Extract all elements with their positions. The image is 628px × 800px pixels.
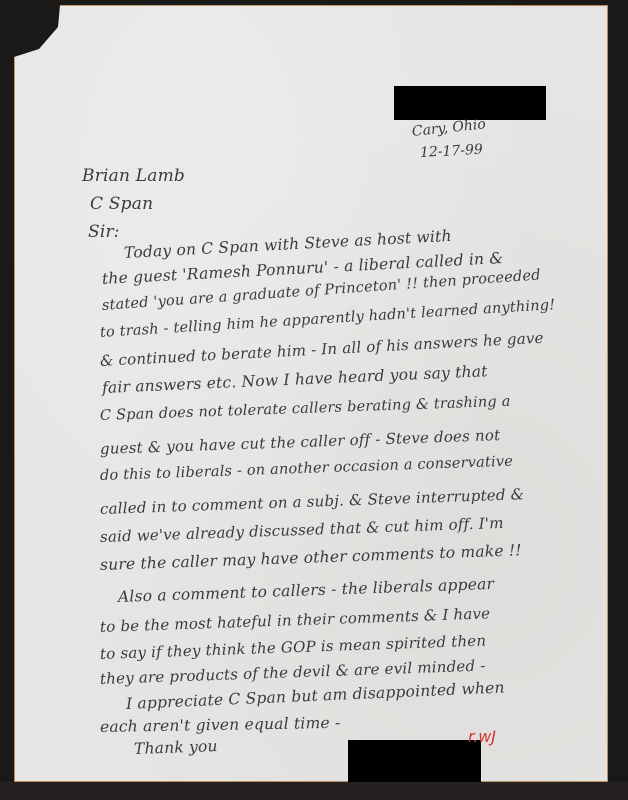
document-viewer: Cary, Ohio 12-17-99 Brian Lamb C Span Si… (0, 0, 628, 800)
scan-background (0, 782, 628, 800)
addressee-name: Brian Lamb (82, 166, 185, 186)
redaction-header (394, 86, 546, 120)
letter-date: 12-17-99 (420, 142, 484, 161)
closing: Thank you (134, 737, 218, 758)
red-annotation: r.wJ (468, 727, 496, 746)
salutation: Sir: (88, 222, 120, 242)
addressee-organization: C Span (90, 194, 153, 214)
redaction-signature (348, 740, 481, 782)
